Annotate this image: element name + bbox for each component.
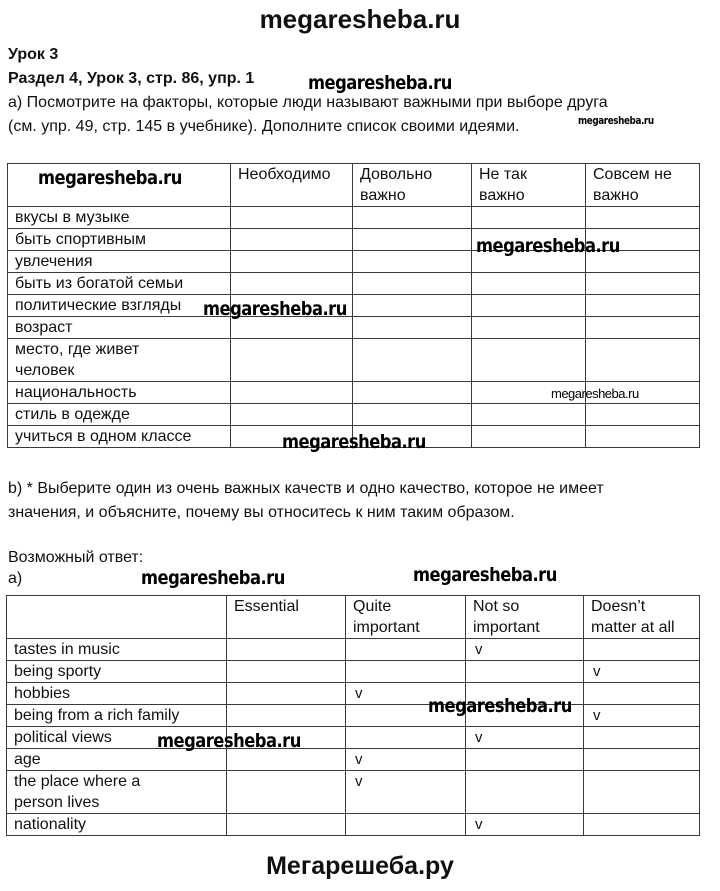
rating-cell bbox=[227, 661, 346, 683]
table-row: political viewsv bbox=[7, 727, 700, 749]
rating-cell bbox=[472, 273, 586, 295]
rating-cell: v bbox=[346, 749, 466, 771]
watermark: megaresheba.ru bbox=[157, 730, 301, 752]
check-mark-icon: v bbox=[591, 663, 601, 680]
row-label: стиль в одежде bbox=[8, 404, 231, 426]
rating-cell bbox=[353, 382, 472, 404]
row-label: учиться в одном классе bbox=[8, 426, 231, 448]
rating-cell bbox=[472, 404, 586, 426]
task-b-instructions: b) * Выберите один из очень важных качес… bbox=[8, 477, 604, 525]
check-mark-icon: v bbox=[473, 641, 483, 658]
column-header: Not soimportant bbox=[466, 596, 584, 639]
check-mark-icon: v bbox=[591, 707, 601, 724]
lesson-title: Урок 3 bbox=[8, 46, 58, 64]
table-row: being from a rich familyv bbox=[7, 705, 700, 727]
watermark: megaresheba.ru bbox=[308, 72, 452, 94]
column-header: Essential bbox=[227, 596, 346, 639]
watermark: megaresheba.ru bbox=[413, 564, 557, 586]
row-label: политические взгляды bbox=[8, 295, 231, 317]
rating-cell bbox=[353, 251, 472, 273]
rating-cell bbox=[231, 229, 353, 251]
rating-cell bbox=[227, 705, 346, 727]
rating-cell bbox=[472, 295, 586, 317]
rating-cell: v bbox=[466, 814, 584, 836]
rating-cell bbox=[472, 317, 586, 339]
answer-part-label: a) bbox=[8, 570, 22, 588]
column-header: Doesn’tmatter at all bbox=[584, 596, 700, 639]
rating-cell bbox=[586, 207, 700, 229]
rating-cell bbox=[227, 639, 346, 661]
rating-cell bbox=[346, 661, 466, 683]
rating-cell bbox=[353, 317, 472, 339]
row-label: национальность bbox=[8, 382, 231, 404]
rating-cell bbox=[353, 339, 472, 382]
rating-cell bbox=[586, 295, 700, 317]
rating-cell bbox=[231, 207, 353, 229]
rating-cell bbox=[584, 814, 700, 836]
rating-cell bbox=[353, 273, 472, 295]
table-row: nationalityv bbox=[7, 814, 700, 836]
row-label: место, где живетчеловек bbox=[8, 339, 231, 382]
row-label: being sporty bbox=[7, 661, 227, 683]
table-row: возраст bbox=[8, 317, 700, 339]
watermark: megaresheba.ru bbox=[38, 167, 182, 189]
check-mark-icon: v bbox=[353, 751, 363, 768]
rating-cell bbox=[231, 339, 353, 382]
row-label: being from a rich family bbox=[7, 705, 227, 727]
row-label: tastes in music bbox=[7, 639, 227, 661]
rating-cell: v bbox=[466, 639, 584, 661]
check-mark-icon: v bbox=[353, 685, 363, 702]
rating-cell bbox=[472, 207, 586, 229]
task-a-line-1: a) Посмотрите на факторы, которые люди н… bbox=[8, 91, 608, 115]
watermark: megaresheba.ru bbox=[578, 114, 654, 127]
rating-cell bbox=[584, 727, 700, 749]
rating-cell bbox=[466, 749, 584, 771]
rating-cell bbox=[472, 339, 586, 382]
watermark: megaresheba.ru bbox=[141, 567, 285, 589]
rating-cell bbox=[227, 771, 346, 814]
rating-cell bbox=[231, 251, 353, 273]
task-b-line-1: b) * Выберите один из очень важных качес… bbox=[8, 477, 604, 501]
table-row: being sportyv bbox=[7, 661, 700, 683]
table-row: место, где живетчеловек bbox=[8, 339, 700, 382]
row-label: вкусы в музыке bbox=[8, 207, 231, 229]
column-header: Quiteimportant bbox=[346, 596, 466, 639]
check-mark-icon: v bbox=[473, 729, 483, 746]
column-header: Совсем неважно bbox=[586, 164, 700, 207]
watermark: megaresheba.ru bbox=[203, 298, 347, 320]
factors-table-en: EssentialQuiteimportantNot soimportantDo… bbox=[6, 595, 700, 836]
task-a-line-2: (см. упр. 49, стр. 145 в учебнике). Допо… bbox=[8, 115, 608, 139]
rating-cell bbox=[346, 814, 466, 836]
row-label: hobbies bbox=[7, 683, 227, 705]
section-title: Раздел 4, Урок 3, стр. 86, упр. 1 bbox=[8, 70, 254, 88]
rating-cell bbox=[584, 749, 700, 771]
table-row: быть из богатой семьи bbox=[8, 273, 700, 295]
rating-cell bbox=[586, 426, 700, 448]
row-label: увлечения bbox=[8, 251, 231, 273]
rating-cell bbox=[353, 404, 472, 426]
check-mark-icon: v bbox=[353, 773, 363, 790]
rating-cell bbox=[466, 771, 584, 814]
answer-label: Возможный ответ: bbox=[8, 549, 143, 567]
row-label: быть из богатой семьи bbox=[8, 273, 231, 295]
rating-cell bbox=[227, 683, 346, 705]
table-row: agev bbox=[7, 749, 700, 771]
table-header-row: EssentialQuiteimportantNot soimportantDo… bbox=[7, 596, 700, 639]
watermark: megaresheba.ru bbox=[551, 386, 639, 401]
column-header: Необходимо bbox=[231, 164, 353, 207]
table-row: tastes in musicv bbox=[7, 639, 700, 661]
column-header: Довольноважно bbox=[353, 164, 472, 207]
table-row: the place where aperson livesv bbox=[7, 771, 700, 814]
column-header: Не такважно bbox=[472, 164, 586, 207]
rating-cell bbox=[584, 683, 700, 705]
footer-title: Мегарешеба.ру bbox=[0, 852, 720, 881]
table-row: вкусы в музыке bbox=[8, 207, 700, 229]
rating-cell bbox=[466, 661, 584, 683]
table-row: политические взгляды bbox=[8, 295, 700, 317]
watermark: megaresheba.ru bbox=[476, 235, 620, 257]
rating-cell bbox=[353, 207, 472, 229]
table-row: стиль в одежде bbox=[8, 404, 700, 426]
rating-cell bbox=[586, 404, 700, 426]
row-label: возраст bbox=[8, 317, 231, 339]
rating-cell bbox=[231, 273, 353, 295]
row-label: быть спортивным bbox=[8, 229, 231, 251]
task-b-line-2: значения, и объясните, почему вы относит… bbox=[8, 501, 604, 525]
rating-cell bbox=[472, 426, 586, 448]
rating-cell: v bbox=[346, 771, 466, 814]
rating-cell bbox=[227, 814, 346, 836]
check-mark-icon: v bbox=[473, 816, 483, 833]
rating-cell bbox=[353, 295, 472, 317]
rating-cell bbox=[586, 273, 700, 295]
rating-cell bbox=[346, 727, 466, 749]
site-header: megaresheba.ru bbox=[0, 4, 720, 35]
rating-cell bbox=[584, 639, 700, 661]
header-corner-cell bbox=[7, 596, 227, 639]
rating-cell bbox=[586, 317, 700, 339]
rating-cell: v bbox=[466, 727, 584, 749]
rating-cell bbox=[586, 339, 700, 382]
watermark: megaresheba.ru bbox=[428, 695, 572, 717]
watermark: megaresheba.ru bbox=[282, 431, 426, 453]
rating-cell: v bbox=[584, 705, 700, 727]
rating-cell bbox=[346, 639, 466, 661]
row-label: nationality bbox=[7, 814, 227, 836]
rating-cell: v bbox=[584, 661, 700, 683]
task-a-instructions: a) Посмотрите на факторы, которые люди н… bbox=[8, 91, 608, 139]
row-label: the place where aperson lives bbox=[7, 771, 227, 814]
table-row: hobbiesv bbox=[7, 683, 700, 705]
rating-cell bbox=[231, 382, 353, 404]
rating-cell bbox=[353, 229, 472, 251]
rating-cell bbox=[584, 771, 700, 814]
rating-cell bbox=[231, 404, 353, 426]
factors-table-ru: НеобходимоДовольноважноНе такважноСовсем… bbox=[7, 163, 700, 448]
